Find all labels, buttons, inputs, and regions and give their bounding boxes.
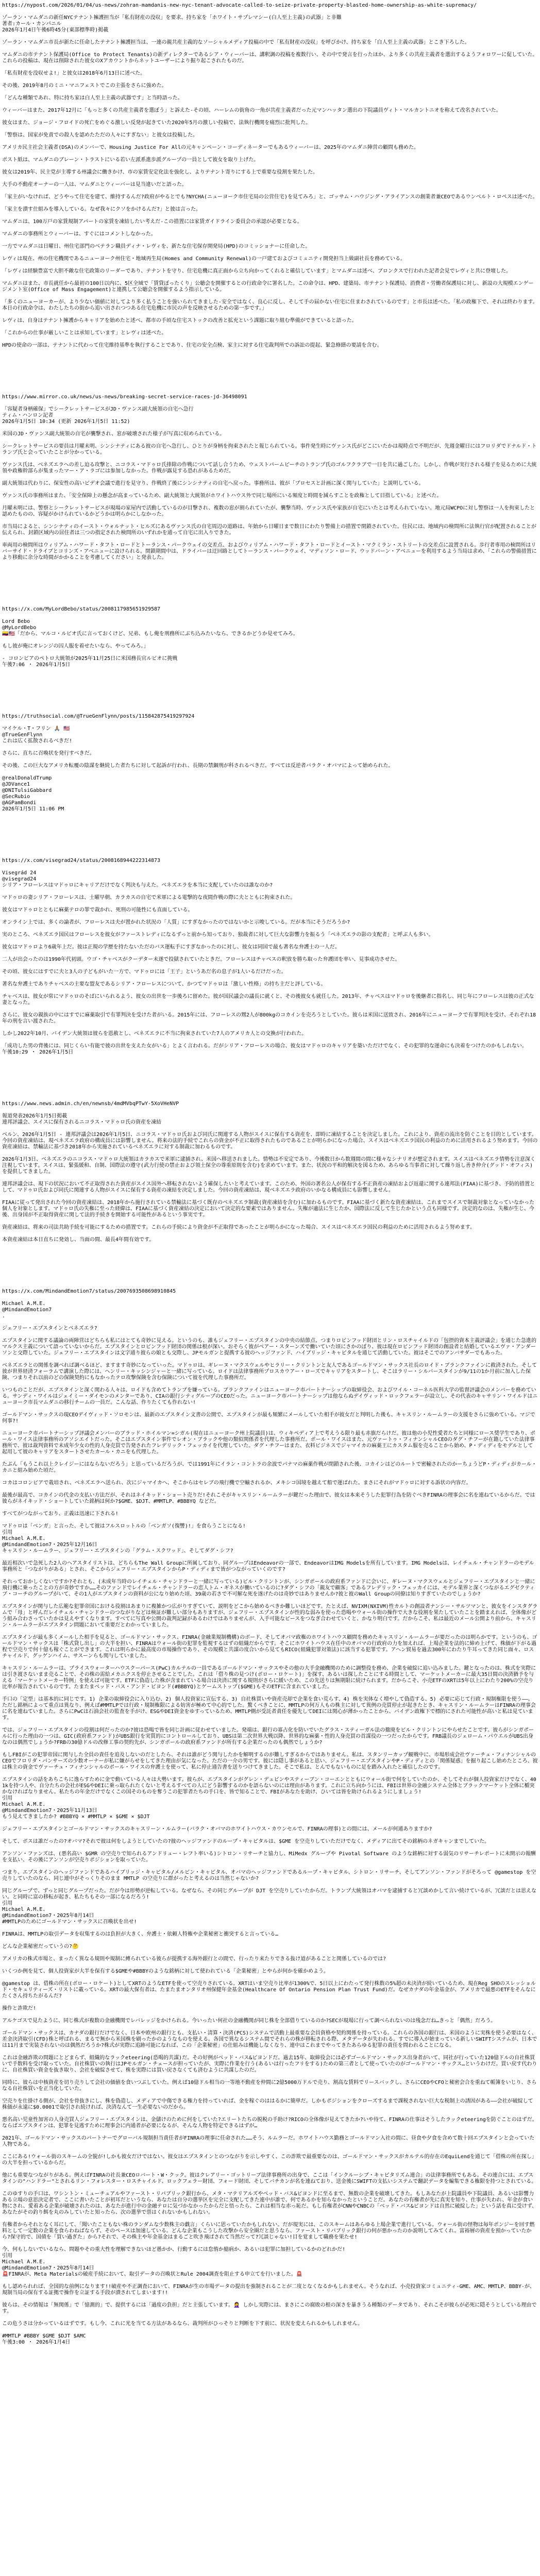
text-paragraph: このゆすりの手口は、ワシントン・ミューチュアルやファースト・リパブリック銀行から… bbox=[2, 2191, 538, 2216]
text-paragraph: ゴールドマン・サックスの現CEOデイヴィッド・ソロモンは、最新のエプスタイン文書… bbox=[2, 1412, 538, 1425]
text-paragraph: Lord Bebo @MyLordBebo 🇨🇴🇺🇸「だから、マルコ・ルビオ氏に… bbox=[2, 619, 538, 637]
article-section-mirror-vance-home: https://www.mirror.co.uk/news/us-news/br… bbox=[2, 394, 538, 561]
text-paragraph: Visegrád 24 @visegrad24 シリア・フローレスはマドゥロにキ… bbox=[2, 870, 538, 889]
text-paragraph: 副大統領は代わりに、保安性の高いビデオ会議で進行を見守り、作戦終了後にシンシナテ… bbox=[2, 481, 538, 487]
text-paragraph: 彼女はまた、ジョージ・フロイドの死亡をめぐる激しい反発が起きていた2020年5月… bbox=[2, 120, 538, 126]
text-paragraph: その後、この巨大なアメリカ転覆の陰謀を継続した者たちに対して起訴が行われ、長期の… bbox=[2, 763, 538, 769]
text-paragraph: アルケゴスで見たように、同じ株式が複数の金融機関でレバレッジをかけられる。今いっ… bbox=[2, 2018, 538, 2024]
text-paragraph: 車両用の検問所はウィリアム・ハワード・タフト・ロードとトーランス・パークウェイの… bbox=[2, 543, 538, 561]
article-section-x-visegrad24-flores: https://x.com/visegrad24/status/20081689… bbox=[2, 858, 538, 1056]
text-paragraph: 市当局によると、シンシナティのイースト・ウォルナット・ヒルズにあるヴァンス氏の自… bbox=[2, 524, 538, 536]
article-section-nypost-mamdani-tenant-advocate: https://nypost.com/2026/01/04/us-news/zo… bbox=[2, 3, 538, 349]
text-paragraph: それっておかしくないですか?それとも、(未成年当時のレイチェル・チャンドラーと一… bbox=[2, 1579, 538, 1598]
text-paragraph: もし認められれば、全国的な前例になります!!破産や不正調査において、FINRAが… bbox=[2, 2284, 538, 2296]
text-paragraph: 彼女は2019年、民主党が主導する州議会に働きかけ、市の家賃安定化法を強化し、よ… bbox=[2, 170, 538, 176]
text-paragraph: 「家主がいなければ、どうやって住宅を建て、維持するんだ?政府がやるとでも?NYC… bbox=[2, 194, 538, 200]
text-paragraph: しかし2022年10月、バイデン大統領は彼らを恩赦とし、ベネズエラに不当に拘束さ… bbox=[2, 1031, 538, 1037]
text-paragraph: そして、ボスは誰だったの?オバマ?それで彼は何をしようとしていたの?彼のヘッジフ… bbox=[2, 1839, 538, 1845]
text-paragraph: エプスタインが最も多くメールした相手を見ると、ゴールドマン・サックス、FINRA… bbox=[2, 1635, 538, 1659]
text-paragraph: マムダニは、100万戸の家賃規制アパートの家賃を凍結したい考えだ-この措置には家… bbox=[2, 219, 538, 225]
text-paragraph: では、ジェフリー・エプスタインの役割は何だったのか?彼は恐喝で皆を同じ計画に従わ… bbox=[2, 1727, 538, 1746]
text-paragraph: 最近相次いで急死した2人のヘアスタイリストは、どちらもThe Wall Grou… bbox=[2, 1561, 538, 1573]
source-url: https://nypost.com/2026/01/04/us-news/zo… bbox=[2, 3, 538, 9]
text-paragraph: 有権者からそれとなく耳にして、「聞いたこともない株のランダムな少数株主の戯言」く… bbox=[2, 2222, 538, 2241]
text-paragraph: すべてがつながっており、正義は迅速に下される! bbox=[2, 1511, 538, 1517]
text-paragraph: 悪名高い児童性加害の人身売買人ジェフリー・エプスタインは、金儲けのために何をして… bbox=[2, 2117, 538, 2129]
text-paragraph: - コロンビアのペトロ大統領が2025年11月25日に米国務長官ルビオに挑戦 午… bbox=[2, 656, 538, 668]
text-paragraph: 2021年、ゴールドマン・サックスのパートナーでグローバル規制担当責任者がFIN… bbox=[2, 2136, 538, 2148]
text-paragraph: 操作と詐欺だ! bbox=[2, 2006, 538, 2012]
text-paragraph: レヴィは、自身はテナント擁護からキャリアを始めたと述べ、都市の手頃な住宅ストック… bbox=[2, 318, 538, 324]
text-paragraph: いくつか例を見て、個人投資家が大半を保有する$GMEや#BBBYのような銘柄に対… bbox=[2, 1969, 538, 1975]
text-paragraph: 実のところ、ベネズエラ国民はフローレスを彼女がファーストレディになるずっと前から… bbox=[2, 932, 538, 938]
text-paragraph: 米国のJD・ヴァンス副大統領の自宅が襲撃され、窓が破壊された様子が写真に収められ… bbox=[2, 431, 538, 437]
text-paragraph: ポスト紙は、マムダニのブレーン・トラストにいる若い左派系進歩派グループの一員とし… bbox=[2, 157, 538, 163]
text-paragraph: FIAAに従って発出された今回の資産凍結は、2018年から施行されている禁輸法に… bbox=[2, 1200, 538, 1218]
text-paragraph: 著名な弁護士でありチャベスの主要な盟友であるシリア・フローレスについて、かつてマ… bbox=[2, 981, 538, 988]
text-paragraph: 「これからの仕事が厳しいことは承知しています」とレヴィは述べた。 bbox=[2, 330, 538, 336]
article-section-admin-ch-maduro-assets: https://www.news.admin.ch/en/newnsb/4mdM… bbox=[2, 1101, 538, 1243]
text-paragraph: 二人が出会ったのは1990年代初頭。ウゴ・チャベスがクーデター未遂で投獄されてい… bbox=[2, 957, 538, 963]
text-paragraph: 月曜未明には、警察とシークレットサービスが現場の家屋内で活動しているのが目撃され… bbox=[2, 505, 538, 518]
text-paragraph: さらに、彼女の親族の中にはすでに麻薬取引で有罪判決を受けた者がいる。2015年に… bbox=[2, 1012, 538, 1025]
text-paragraph: 「多くのニューヨーカーが、より少ない価値に対してより多く払うことを強いられてきま… bbox=[2, 299, 538, 312]
text-paragraph: 彼女はマドゥロより6歳年上だ。彼は正規の学歴を持たないただのバス運転手にすぎなか… bbox=[2, 944, 538, 951]
source-url: https://x.com/visegrad24/status/20081689… bbox=[2, 858, 538, 864]
text-paragraph: ジェフリー・エプスタインとゴールドマン・サックスのキャスリーン・ルムラー(バラク… bbox=[2, 1826, 538, 1833]
text-paragraph: 報道発表2026年1月5日掲載 連邦評議会、スイスに保有されるニコラス・マドゥロ… bbox=[2, 1113, 538, 1126]
text-paragraph: 「どんな種類であれ、特に持ち家は白人至上主義の武器です」と当時語った。 bbox=[2, 95, 538, 101]
text-paragraph: チャベスは、彼女が常にマドゥロのそばにいられるよう、彼女の出世を一歩後ろに留めた… bbox=[2, 994, 538, 1006]
article-section-x-mindandemotion7-epstein: https://x.com/MindandEmotion7/status/200… bbox=[2, 1289, 538, 2346]
text-paragraph: 本資産凍結は本日直ちに発効し、当面の間、最長4年間有効です。 bbox=[2, 1237, 538, 1243]
text-paragraph: その後、2019年8月のミニ・マニフェストでこの主張をさらに強めた。 bbox=[2, 83, 538, 89]
text-paragraph: マムダニの市テナント保護局(Office to Protect Tenants)… bbox=[2, 52, 538, 64]
text-paragraph: もし彼が俺にオレンジの囚人服を着せたいなら、やってみろ。」 bbox=[2, 643, 538, 650]
text-paragraph: この危うさは分かっているはずです。もし今、これに光を当てる方法があるなら、裁判所… bbox=[2, 2321, 538, 2327]
article-section-x-mylordbebo-petro: https://x.com/MyLordBebo/status/20081179… bbox=[2, 606, 538, 668]
text-paragraph: @gamestop は、借株の所在(ボロー・ロケート)としてXRTのようなETF… bbox=[2, 1981, 538, 1999]
source-url: https://x.com/MyLordBebo/status/20081179… bbox=[2, 606, 538, 613]
text-paragraph: アメリカの株式市場と、まったく異なる規則や規制に縛られている彼らが提携する海外銀… bbox=[2, 1956, 538, 1962]
text-paragraph: キャスリン・ルームラーは、プライスウォーターハウスクーパース(PwC)カルテルの… bbox=[2, 1666, 538, 1690]
text-paragraph: 空売りを仕掛ける側が、会社を骨抜きにし、株を偽造し、メディアで中傷できる権力を持… bbox=[2, 2098, 538, 2111]
text-paragraph: 資産凍結は、将来の司法共助手続を可能にするための措置です。これらの手続により資金… bbox=[2, 1225, 538, 1231]
text-paragraph: どんな企業秘密だっていうの?🤔 bbox=[2, 1944, 538, 1950]
source-url: https://www.mirror.co.uk/news/us-news/br… bbox=[2, 394, 538, 400]
text-paragraph: 「家主を潰す仕組みを導入している。なぜ我々にクソをかけるんだ?」と彼は言った。 bbox=[2, 207, 538, 213]
text-paragraph: 最後が最高で、コカインの代金の支払い方法だが、それはネイキッド・ショート売りだ!… bbox=[2, 1493, 538, 1505]
text-paragraph: マムダニはまた、市長就任から最初の100日以内に、5区全域で「賃貸ぼったくり」公… bbox=[2, 281, 538, 293]
text-paragraph: エプスタインが関与した広範な犯罪帝国における役割はあまりに複雑かつ広がりすぎてい… bbox=[2, 1604, 538, 1629]
text-paragraph: 「成功した男の背後には、同じくらい有能で彼の出世を支えた女がいる」とよく言われる… bbox=[2, 1043, 538, 1056]
text-paragraph: シークレットサービスの要員は月曜未明、シンシナティにある彼の自宅へ急行し、ひとり… bbox=[2, 444, 538, 456]
text-paragraph: ここにある!ウォール街のスキームの全貌が!しかも彼女だけではない。彼女はエプスタ… bbox=[2, 2154, 538, 2166]
text-paragraph: 彼女はマドゥロとともに麻薬テロの罪で裁かれ、死刑の可能性にも直面している。 bbox=[2, 907, 538, 913]
text-paragraph: アメリカ民主社会主義者(DSA)のメンバーで、Housing Justice F… bbox=[2, 145, 538, 151]
text-paragraph: オンライン上では、多くの論者が、フローレスは夫が置かれた状況の「人質」にすぎなか… bbox=[2, 920, 538, 926]
text-paragraph: Michael A.M.E. @MindandEmotion7 . bbox=[2, 1301, 538, 1319]
text-paragraph: つまり、エプスタインのヘッジファンドであるハイブリッジ・キャピタル/メルビン・キ… bbox=[2, 1870, 538, 1882]
text-paragraph: ウィーバーはまた、2017年12月に「もっと多くの共産主義者を選ぼう」と訴えた-… bbox=[2, 108, 538, 114]
text-paragraph: エプスタインの話をあちこちに逸らすために金で動いている人々は大勢います。彼らが、… bbox=[2, 1777, 538, 1820]
source-url: https://x.com/MindandEmotion7/status/200… bbox=[2, 1289, 538, 1295]
text-paragraph: マムダニの事務所とウィーバーは、すぐにはコメントしなかった。 bbox=[2, 231, 538, 238]
text-paragraph: たぶん「もうこれ以上クレイジーにはならないだろう」と思っているだろうが、では19… bbox=[2, 1462, 538, 1474]
text-paragraph: ジェフリー・エプスタインとベネズエラ? bbox=[2, 1326, 538, 1332]
text-paragraph: エプスタインに関する議論の両陣営はどちらも私にはとても奇妙に見える。というのも、… bbox=[2, 1338, 538, 1357]
text-paragraph: @realDonaldTrump @JDVance1 @DNITulsiGabb… bbox=[2, 775, 538, 812]
text-paragraph: 一方でマムダニは日曜日、州住宅部門のベテラン職員ディナ・レヴィを、新たな住宅保存… bbox=[2, 244, 538, 250]
text-paragraph: 他にも重要なつながりがある。例えばFINRAの社長兼CEOロバート・W・クック。… bbox=[2, 2173, 538, 2185]
text-paragraph: ベネズエラとの関係を調べれば調べるほど、ますます奇妙になっていった。マドゥロは、… bbox=[2, 1363, 538, 1381]
text-paragraph: 同時に、彼らは中核資産を切り売りして会社の価値を食いつぶしていた。例えば10億ド… bbox=[2, 2080, 538, 2092]
text-paragraph: いつものことだが、エプスタインと深く関わる人々は、ロイドも含めてトランプを嫌って… bbox=[2, 1387, 538, 1406]
text-paragraph: もしFBIがこの犯罪帝国に関与した全員の責任を追及しないのだとしたら、それは誰が… bbox=[2, 1752, 538, 1771]
text-paragraph: HPDの使命の一部は、テナントに代わって住宅維持基準を執行することであり、住宅の… bbox=[2, 343, 538, 349]
text-paragraph: ゾーラン・マムダニ市長が新たに任命したテナント擁護担当は、一連の親共産主義的なソ… bbox=[2, 40, 538, 46]
text-paragraph: レヴィは現在、州の住宅機関であるニューヨーク州住宅・地域再生局(Homes an… bbox=[2, 256, 538, 262]
text-paragraph: #MMTLP #BBBY $GME $DJT $AMC 午後3:00 ・ 202… bbox=[2, 2333, 538, 2346]
text-paragraph: 今、何もしないでいるなら、問題やその重大性を理解できないほど愚かか、行動するには… bbox=[2, 2247, 538, 2278]
text-paragraph: ヴァンス氏の事務所はまた、「安全保障上の懸念が高まっているため、副大統領と大統領… bbox=[2, 493, 538, 499]
text-paragraph: 「レヴィは経験豊富で大胆不敵な住宅政策のリーダーであり、テナントを守り、住宅危機… bbox=[2, 268, 538, 275]
text-paragraph: 彼らは、その情報は「無関係」で「憶測的」で、提供するには「過度の負担」だと主張し… bbox=[2, 2302, 538, 2315]
article-section-truthsocial-flynn: https://truthsocial.com/@TrueGenFlynn/po… bbox=[2, 714, 538, 812]
text-paragraph: FINRAは、MMTLPの取引データを収集するのは負担が大きく、弁護士・依頼人特… bbox=[2, 1931, 538, 1938]
text-paragraph: 2026年1月3日、ベネズエラのニコラス・マドゥロ大統領はカラカスで米軍に逮捕さ… bbox=[2, 1157, 538, 1175]
source-url: https://www.news.admin.ch/en/newnsb/4mdM… bbox=[2, 1101, 538, 1107]
text-paragraph: 大手の不動産オーナーの一人は、マムダニとウィーバーは見当違いだと語った。 bbox=[2, 182, 538, 188]
text-paragraph: ゾーラン・マムダニの新任NYCテナント擁護担当が「私有財産の没収」を要求、持ち家… bbox=[2, 15, 538, 33]
text-paragraph: 同じグループで、ずっと同じグループだった。だが今は形勢が逆転している。なぜなら、… bbox=[2, 1888, 538, 1925]
text-paragraph: 「私有財産を没収せよ!」と彼女は2018年6月13日に述べた。 bbox=[2, 71, 538, 77]
text-paragraph: 「容疑者身柄確保」でシークレットサービスがJD・ヴァンス副大統領の自宅へ急行 テ… bbox=[2, 406, 538, 425]
text-paragraph: 「警察は、国家が免責での殺人を認めたただの人々にすぎない」と彼女は投稿した。 bbox=[2, 132, 538, 139]
plain-text-document: https://nypost.com/2026/01/04/us-news/zo… bbox=[0, 0, 540, 2372]
text-paragraph: ベルン、2026年1月5日 - 連邦評議会は2026年1月5日、ニコラス・マドゥ… bbox=[2, 1132, 538, 1150]
text-paragraph: マドゥロは「ベンガ」と言った、そして彼はフルスロットルの「ベンガソ(復讐)!」を… bbox=[2, 1523, 538, 1554]
text-paragraph: ニューヨーク市パートナーシップ評議会メンバーのブラッド・ホイルマン=シガル(現在… bbox=[2, 1431, 538, 1455]
text-paragraph: さらに、直ちに召喚状を発行すべきだ。 bbox=[2, 751, 538, 757]
text-paragraph: これは金融詐欺の問題にとどまらず、組織的なラックeteering(恐喝的共謀)だ… bbox=[2, 2055, 538, 2074]
text-paragraph: その頃、彼女にはすでに夫と3人の子どもがいた一方で、マドゥロには「王子」というあ… bbox=[2, 969, 538, 975]
text-paragraph: ゴールドマン・サックスは、カナダの銀行だけでなく、日本や欧州の銀行とも、支払い・… bbox=[2, 2030, 538, 2049]
text-paragraph: マドゥロの妻シリア・フローレスは、土曜早朝、カラカスの自宅で米軍による電撃的な夜… bbox=[2, 895, 538, 901]
text-paragraph: アンソン・ファンズは、(悪名高い $GMR の空売りで知られるアンドリュー・レフ… bbox=[2, 1851, 538, 1863]
text-paragraph: コカはコロンビアで栽培され、ベネズエラへ送られ、次にジャマイカへ、そこからはセレ… bbox=[2, 1480, 538, 1486]
text-paragraph: 手口の「定型」は基本的に同じです。1) 企業の取締役会に入り込む、2) 個人投資… bbox=[2, 1697, 538, 1721]
text-paragraph: ヴァンス氏は、ベネズエラへの差し迫る攻撃と、ニコラス・マドゥロ氏排除の作戦につい… bbox=[2, 462, 538, 474]
text-paragraph: マイケル・T・フリン 🙏🏽 🇺🇸 @TrueGenFlynn これは広く拡散され… bbox=[2, 726, 538, 744]
source-url: https://truthsocial.com/@TrueGenFlynn/po… bbox=[2, 714, 538, 720]
text-paragraph: 連邦評議会は、現下の状況において不正取得された資産がスイス国外へ移転されないよう… bbox=[2, 1181, 538, 1194]
